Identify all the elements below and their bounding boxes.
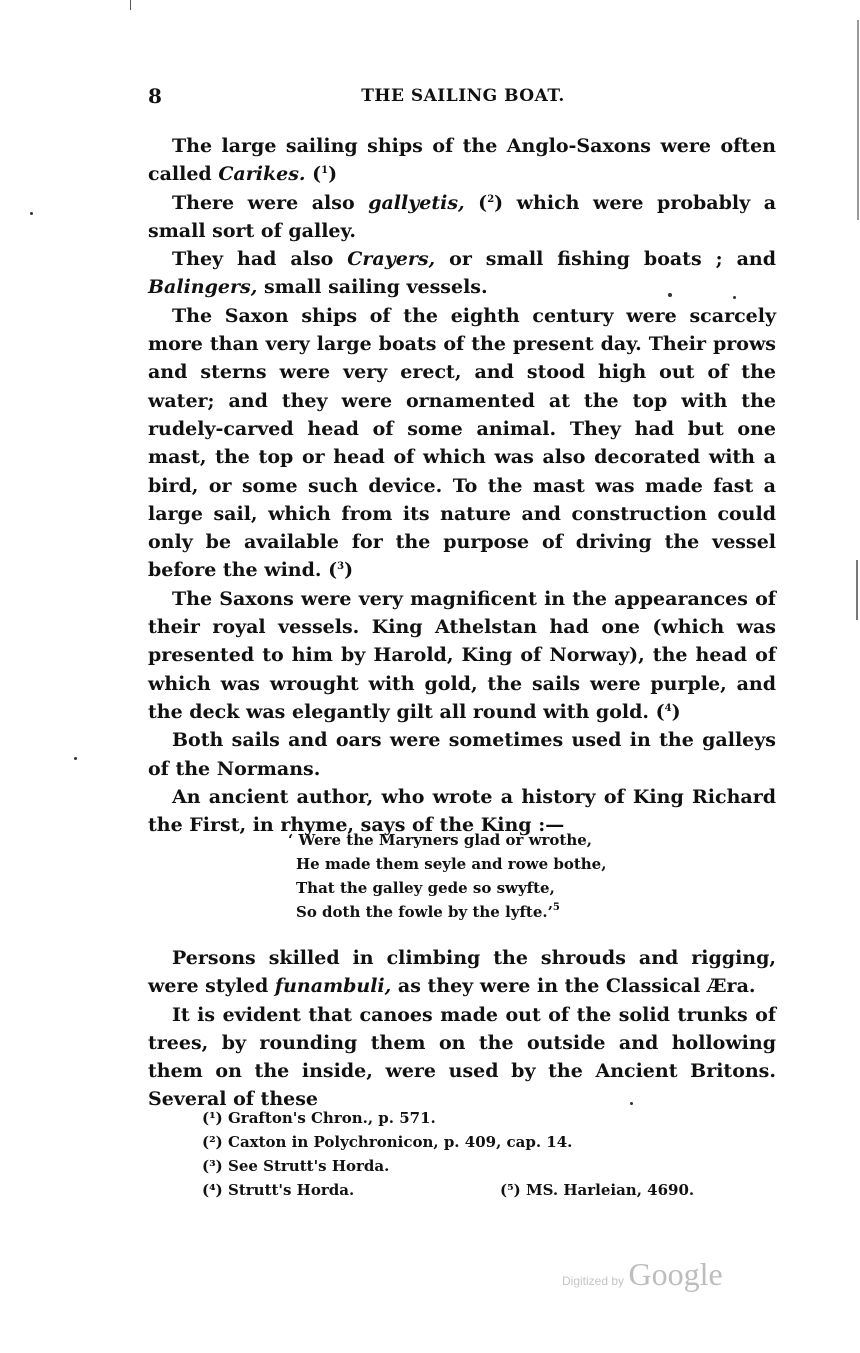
footnote-4: (⁴) Strutt's Horda.(⁵) MS. Harleian, 469…: [202, 1178, 722, 1202]
digitized-by-google-watermark: Digitized by Google: [562, 1256, 723, 1293]
footnote-mark: (⁴): [202, 1181, 223, 1199]
scan-speck: [733, 296, 736, 299]
watermark-prefix: Digitized by: [562, 1274, 624, 1288]
paragraph-6: Both sails and oars were sometimes used …: [148, 726, 776, 783]
text: So doth the fowle by the lyfte.’: [296, 903, 553, 921]
verse-quotation: ‘ Were the Maryners glad or wrothe, He m…: [296, 828, 606, 924]
paragraph-8: Persons skilled in climbing the shrouds …: [148, 944, 776, 1001]
footnotes: (¹) Grafton's Chron., p. 571. (²) Caxton…: [202, 1106, 722, 1202]
paragraph-2: There were also gallyetis, (2) which wer…: [148, 189, 776, 246]
running-title: THE SAILING BOAT.: [148, 86, 778, 106]
footnote-1: (¹) Grafton's Chron., p. 571.: [202, 1106, 722, 1130]
page-header: 8 THE SAILING BOAT.: [148, 84, 778, 112]
footnote-ref: 4: [665, 703, 672, 714]
paragraph-5: The Saxons were very magnificent in the …: [148, 585, 776, 726]
scan-speck: [30, 212, 33, 215]
book-page: 8 THE SAILING BOAT. The large sailing sh…: [0, 0, 860, 1353]
footnote-text: See Strutt's Horda.: [228, 1157, 389, 1175]
verse-line: He made them seyle and rowe bothe,: [296, 852, 606, 876]
footnote-5: (⁵) MS. Harleian, 4690.: [500, 1178, 694, 1202]
footnote-mark: (³): [202, 1157, 223, 1175]
verse-line: So doth the fowle by the lyfte.’5: [296, 900, 606, 924]
text: There were also: [172, 192, 368, 214]
page-edge: [856, 560, 858, 620]
text: (: [465, 192, 488, 214]
text: They had also: [172, 248, 347, 270]
verse-line: ‘ Were the Maryners glad or wrothe,: [296, 828, 606, 852]
footnote-mark: (¹): [202, 1109, 223, 1127]
footnote-text: Caxton in Polychronicon, p. 409, cap. 14…: [228, 1133, 572, 1151]
text: as they were in the Classical Æra.: [391, 975, 755, 997]
text: ): [672, 701, 681, 723]
footnote-mark: (⁵): [500, 1181, 521, 1199]
footnote-3: (³) See Strutt's Horda.: [202, 1154, 722, 1178]
paragraph-1: The large sailing ships of the Anglo-Sax…: [148, 132, 776, 189]
footnote-text: Grafton's Chron., p. 571.: [228, 1109, 436, 1127]
italic-term: Balingers,: [148, 276, 257, 298]
text: small sailing vessels.: [257, 276, 487, 298]
text: The Saxon ships of the eighth century we…: [148, 305, 776, 582]
footnote-text: MS. Harleian, 4690.: [526, 1181, 694, 1199]
text: (: [306, 163, 322, 185]
footnote-ref: 5: [553, 902, 560, 913]
scan-speck: [630, 1102, 633, 1105]
italic-term: Crayers,: [347, 248, 435, 270]
italic-term: funambuli,: [275, 975, 391, 997]
paragraph-9: It is evident that canoes made out of th…: [148, 1001, 776, 1114]
body-text-continued: Persons skilled in climbing the shrouds …: [148, 944, 776, 1114]
scan-speck: [668, 293, 672, 297]
text: ): [328, 163, 337, 185]
verse-line: That the galley gede so swyfte,: [296, 876, 606, 900]
paragraph-4: The Saxon ships of the eighth century we…: [148, 302, 776, 585]
body-text: The large sailing ships of the Anglo-Sax…: [148, 132, 776, 839]
page-edge: [857, 20, 859, 220]
scan-speck: [74, 757, 77, 760]
text: or small fishing boats ; and: [435, 248, 776, 270]
footnote-text: Strutt's Horda.: [228, 1181, 354, 1199]
text: ): [344, 559, 353, 581]
text: The Saxons were very magnificent in the …: [148, 588, 776, 723]
page-edge: [130, 0, 131, 10]
italic-term: gallyetis,: [368, 192, 464, 214]
google-logo: Google: [628, 1256, 722, 1292]
footnote-mark: (²): [202, 1133, 223, 1151]
footnote-2: (²) Caxton in Polychronicon, p. 409, cap…: [202, 1130, 722, 1154]
italic-term: Carikes.: [218, 163, 305, 185]
paragraph-3: They had also Crayers, or small fishing …: [148, 245, 776, 302]
